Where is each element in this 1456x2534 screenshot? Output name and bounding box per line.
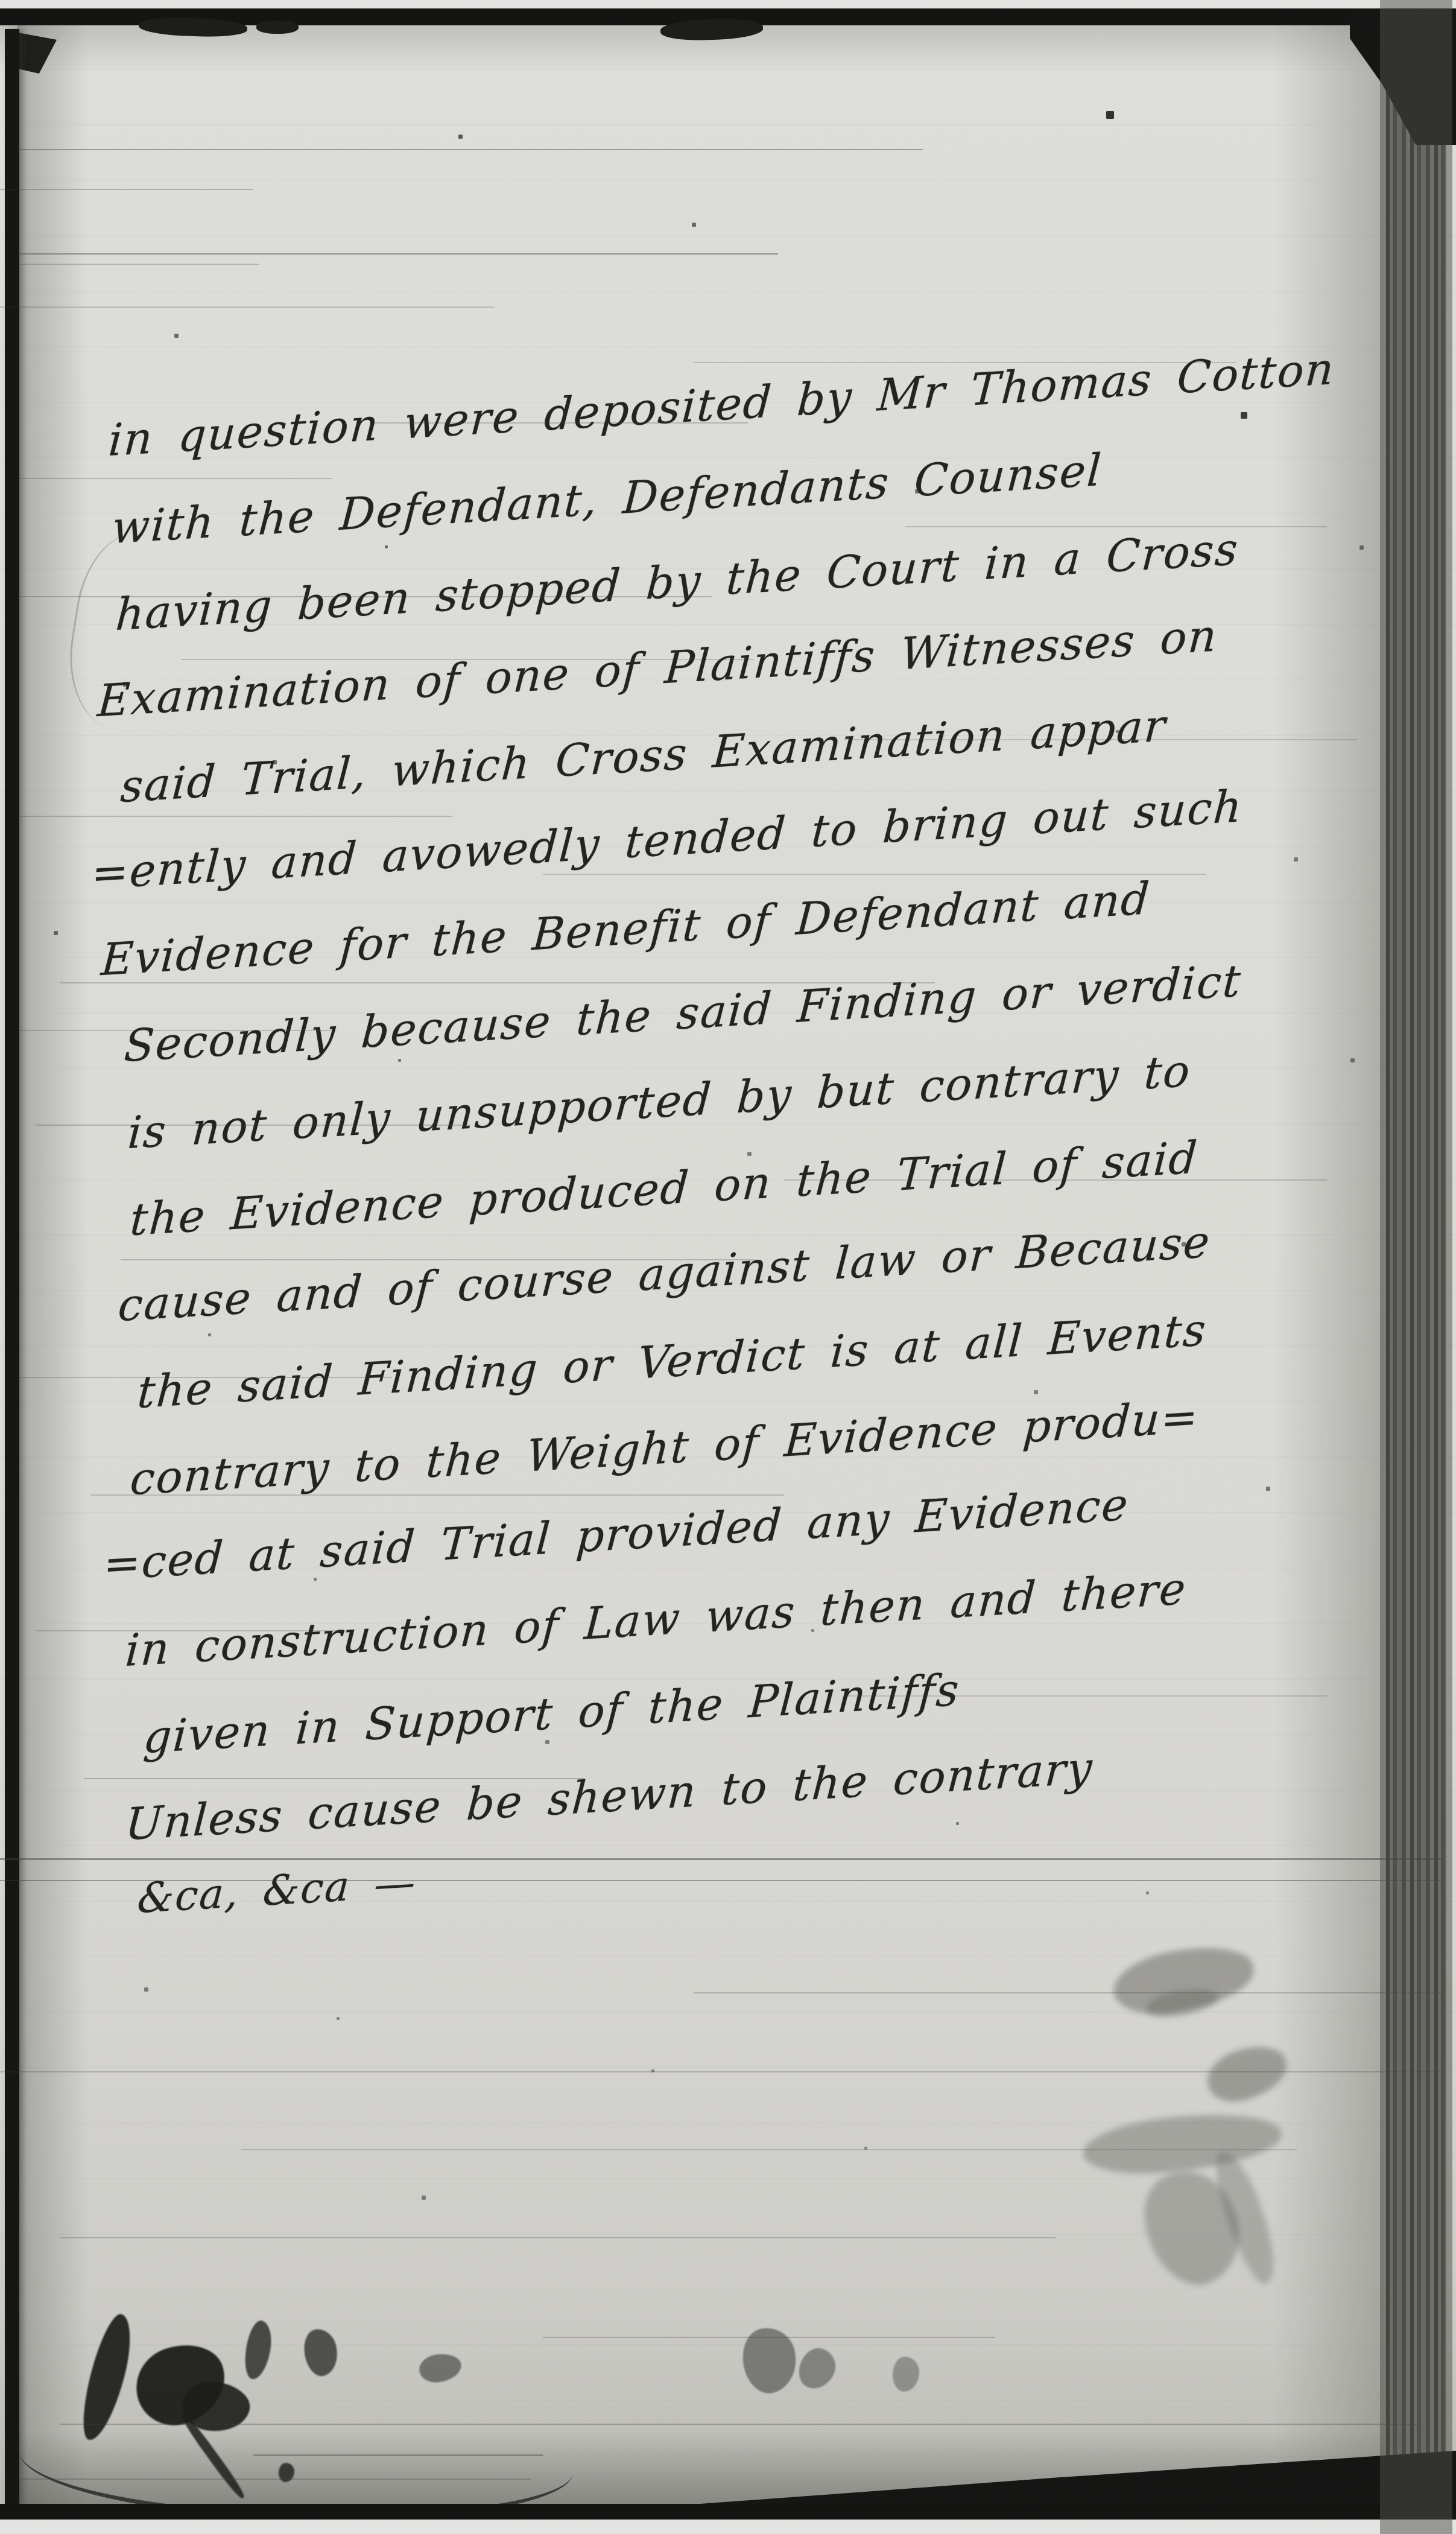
scan-streak-line — [694, 362, 1236, 363]
scan-streak-line — [18, 1377, 392, 1378]
scan-streak-line — [253, 2454, 543, 2456]
scan-streak-line — [18, 264, 259, 265]
scan-streak-line — [543, 874, 1206, 875]
scan-streak-line — [90, 1494, 784, 1496]
scan-streak-line — [0, 2071, 1442, 2072]
scan-streak-line — [543, 2337, 995, 2338]
scan-streak-line — [18, 596, 712, 597]
scan-streak-line — [36, 1630, 350, 1631]
scan-streak-line — [784, 1180, 1327, 1181]
scan-streak-line — [84, 1778, 585, 1779]
scan-streak-line — [18, 1030, 332, 1031]
scanned-document: in question were deposited by Mr Thomas … — [0, 0, 1456, 2534]
scan-streaks — [0, 0, 1456, 2534]
scan-streak-line — [60, 982, 935, 983]
scan-streak-line — [18, 149, 923, 150]
scan-streak-line — [694, 1992, 1442, 1993]
scan-streak-line — [844, 1695, 1327, 1697]
scan-streak-line — [18, 478, 332, 479]
scan-streak-line — [0, 306, 495, 308]
scan-streak-line — [844, 739, 1357, 740]
scan-streak-line — [374, 422, 748, 424]
scan-streak-line — [0, 1858, 1442, 1860]
scan-streak-line — [18, 816, 452, 817]
scan-streak-line — [241, 2149, 1297, 2150]
scan-streak-line — [0, 189, 253, 190]
scan-streak-line — [121, 1259, 754, 1260]
scan-streak-line — [181, 659, 754, 660]
scan-streak-line — [36, 1125, 470, 1126]
scan-streak-line — [60, 2424, 1417, 2425]
scan-streak-line — [905, 526, 1327, 527]
scan-streak-line — [60, 2237, 1056, 2238]
scan-streak-line — [18, 2478, 531, 2480]
scan-streak-line — [18, 253, 778, 255]
scan-streak-line — [0, 1880, 1442, 1881]
